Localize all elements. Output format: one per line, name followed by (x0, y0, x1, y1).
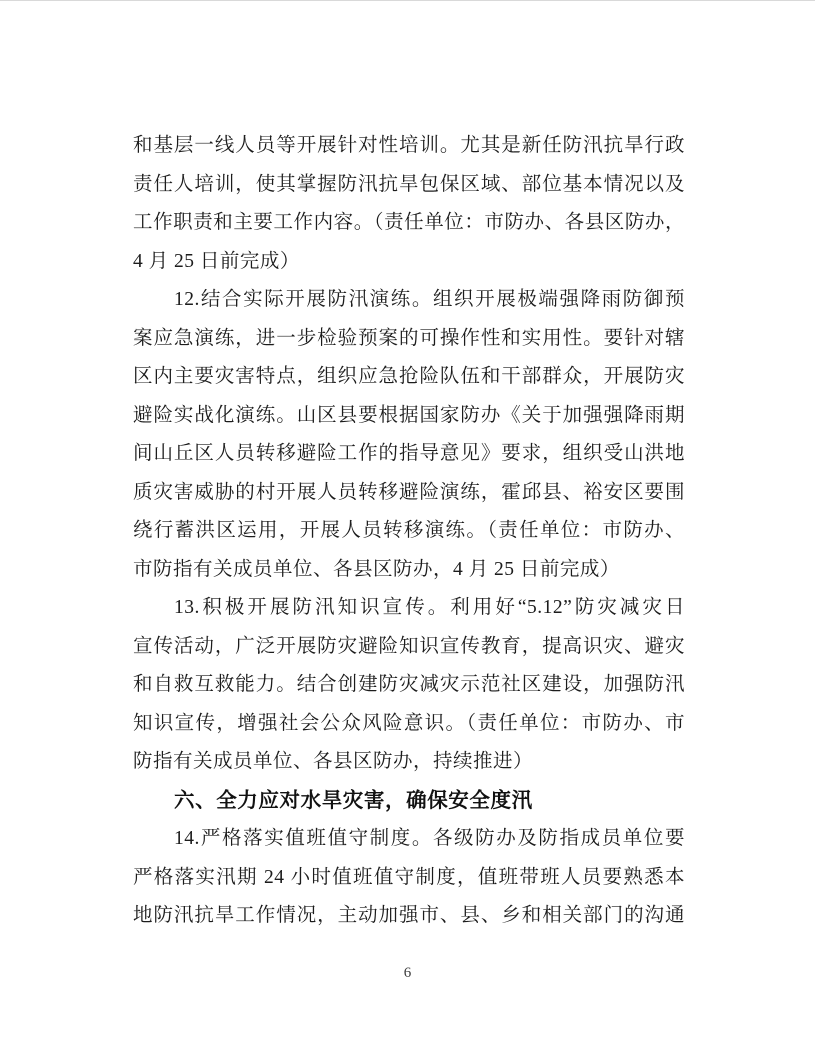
text-block: 和基层一线人员等开展针对性培训。尤其是新任防汛抗旱行政责任人培训，使其掌握防汛抗… (133, 127, 685, 936)
text-line: 14.严格落实值班值守制度。各级防办及防指成员单位要 (133, 820, 685, 859)
document-page: 和基层一线人员等开展针对性培训。尤其是新任防汛抗旱行政责任人培训，使其掌握防汛抗… (0, 0, 815, 1056)
text-line: 知识宣传，增强社会公众风险意识。（责任单位：市防办、市 (133, 705, 685, 744)
text-line: 绕行蓄洪区运用，开展人员转移演练。（责任单位：市防办、 (133, 512, 685, 551)
text-line: 避险实战化演练。山区县要根据国家防办《关于加强强降雨期 (133, 397, 685, 436)
text-line: 和自救互救能力。结合创建防灾减灾示范社区建设，加强防汛 (133, 666, 685, 705)
text-line: 区内主要灾害特点，组织应急抢险队伍和干部群众，开展防灾 (133, 358, 685, 397)
section-heading: 六、全力应对水旱灾害，确保安全度汛 (133, 782, 685, 821)
text-line: 间山丘区人员转移避险工作的指导意见》要求，组织受山洪地 (133, 435, 685, 474)
page-number: 6 (404, 965, 412, 981)
text-line: 质灾害威胁的村开展人员转移避险演练，霍邱县、裕安区要围 (133, 474, 685, 513)
text-line: 案应急演练，进一步检验预案的可操作性和实用性。要针对辖 (133, 320, 685, 359)
text-line: 和基层一线人员等开展针对性培训。尤其是新任防汛抗旱行政 (133, 127, 685, 166)
text-line: 市防指有关成员单位、各县区防办，4 月 25 日前完成） (133, 551, 685, 590)
text-line: 4 月 25 日前完成） (133, 243, 685, 282)
text-line: 工作职责和主要工作内容。（责任单位：市防办、各县区防办， (133, 204, 685, 243)
page-footer: 6 (0, 965, 815, 982)
text-line: 12.结合实际开展防汛演练。组织开展极端强降雨防御预 (133, 281, 685, 320)
text-line: 宣传活动，广泛开展防灾避险知识宣传教育，提高识灾、避灾 (133, 628, 685, 667)
text-line: 地防汛抗旱工作情况，主动加强市、县、乡和相关部门的沟通 (133, 897, 685, 936)
text-line: 防指有关成员单位、各县区防办，持续推进） (133, 743, 685, 782)
text-line: 责任人培训，使其掌握防汛抗旱包保区域、部位基本情况以及 (133, 166, 685, 205)
text-line: 严格落实汛期 24 小时值班值守制度，值班带班人员要熟悉本 (133, 859, 685, 898)
text-line: 13.积极开展防汛知识宣传。利用好“5.12”防灾减灾日 (133, 589, 685, 628)
